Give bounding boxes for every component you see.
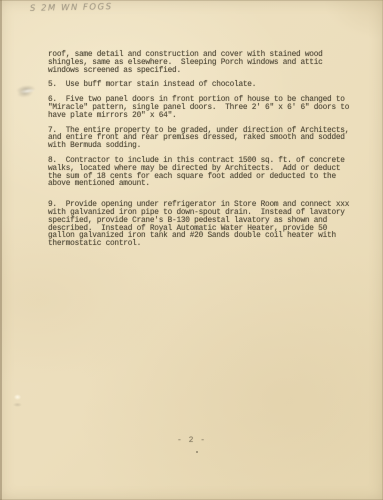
scanned-document-page: S 2M WN FOGS roof, same detail and const…: [0, 0, 383, 500]
paragraph-6: 6. Five two panel doors in front portion…: [48, 97, 354, 120]
paragraph-9: 9. Provide opening under refrigerator in…: [48, 202, 354, 249]
page-number: - 2 -: [0, 436, 383, 445]
paragraph-7: 7. The entire property to be graded, und…: [48, 128, 354, 151]
paper-fleck: [11, 392, 24, 409]
scan-shadow: [323, 0, 383, 40]
paragraph-continuation: roof, same detail and construction and c…: [48, 52, 354, 75]
typewritten-text: roof, same detail and construction and c…: [48, 52, 354, 256]
ink-dot: [196, 451, 198, 453]
pencil-annotation: S 2M WN FOGS: [30, 2, 113, 14]
paragraph-8: 8. Contractor to include in this contrac…: [48, 158, 354, 189]
smudge-mark: [11, 81, 41, 99]
paragraph-5: 5. Use buff mortar stain instead of choc…: [48, 82, 354, 90]
